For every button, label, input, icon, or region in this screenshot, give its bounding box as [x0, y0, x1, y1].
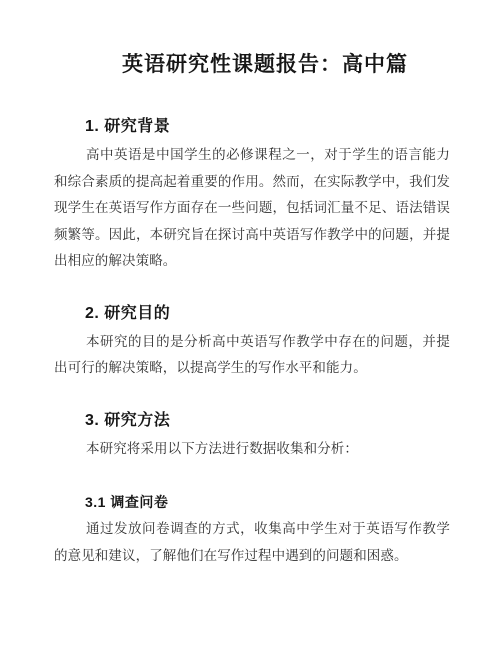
document-page: 英语研究性课题报告：高中篇 1. 研究背景 高中英语是中国学生的必修课程之一，对… — [0, 0, 500, 647]
document-title: 英语研究性课题报告：高中篇 — [54, 50, 450, 80]
section-paragraph-2: 本研究的目的是分析高中英语写作教学中存在的问题，并提出可行的解决策略，以提高学生… — [54, 329, 450, 382]
section-heading-3: 3. 研究方法 — [54, 412, 450, 430]
section-paragraph-1: 高中英语是中国学生的必修课程之一，对于学生的语言能力和综合素质的提高起着重要的作… — [54, 142, 450, 275]
section-research-background: 1. 研究背景 高中英语是中国学生的必修课程之一，对于学生的语言能力和综合素质的… — [54, 118, 450, 275]
section-heading-1: 1. 研究背景 — [54, 118, 450, 136]
section-paragraph-4: 通过发放问卷调查的方式，收集高中学生对于英语写作教学的意见和建议，了解他们在写作… — [54, 516, 450, 569]
section-research-purpose: 2. 研究目的 本研究的目的是分析高中英语写作教学中存在的问题，并提出可行的解决… — [54, 305, 450, 382]
section-heading-3-1: 3.1 调查问卷 — [54, 494, 450, 510]
section-heading-2: 2. 研究目的 — [54, 305, 450, 323]
section-research-method: 3. 研究方法 本研究将采用以下方法进行数据收集和分析： — [54, 412, 450, 463]
section-survey-questionnaire: 3.1 调查问卷 通过发放问卷调查的方式，收集高中学生对于英语写作教学的意见和建… — [54, 494, 450, 569]
section-paragraph-3: 本研究将采用以下方法进行数据收集和分析： — [54, 436, 450, 463]
